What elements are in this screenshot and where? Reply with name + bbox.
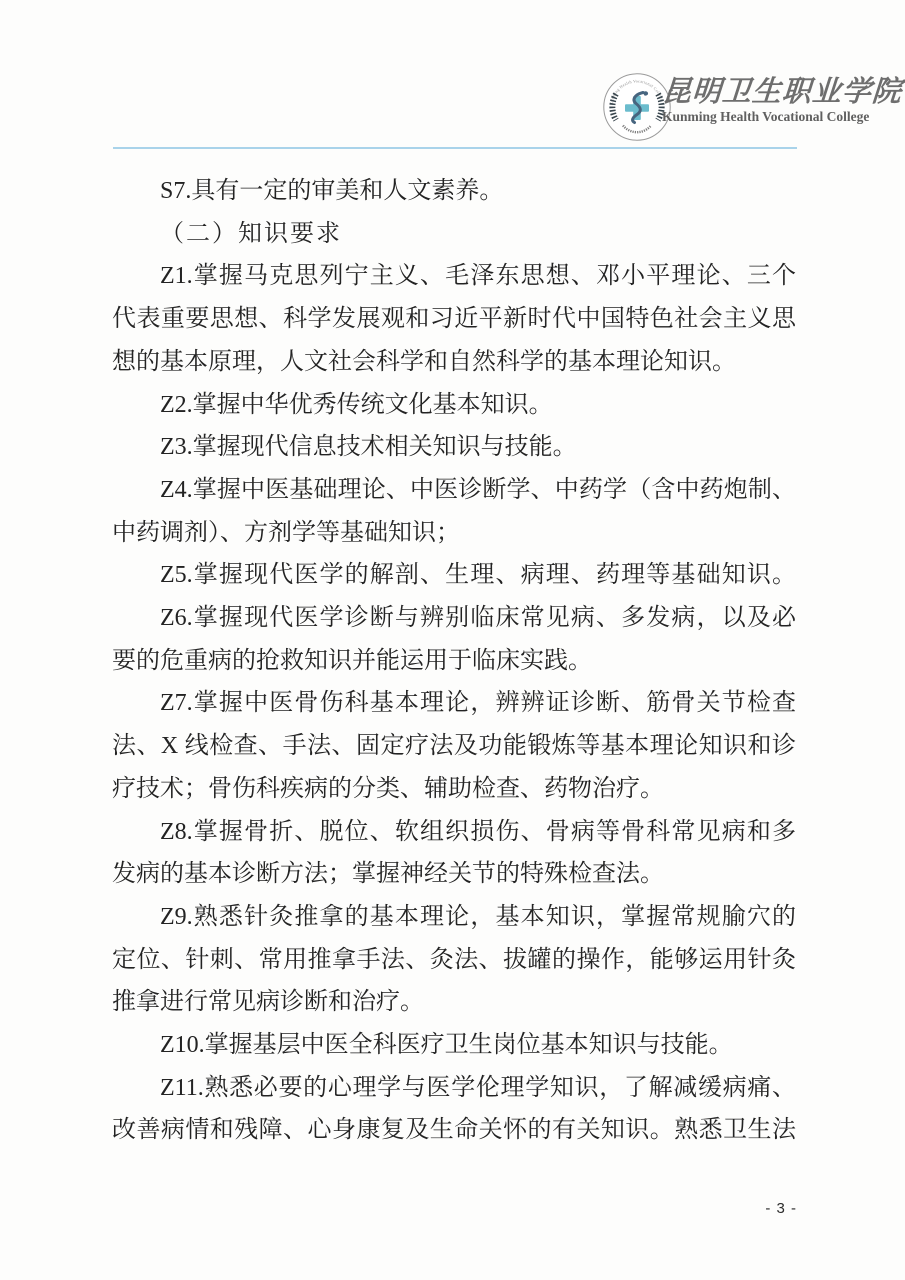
text-line: Z10.掌握基层中医全科医疗卫生岗位基本知识与技能。	[112, 1024, 796, 1067]
text-line: 推拿进行常见病诊断和治疗。	[112, 981, 796, 1024]
text-line: Z9.熟悉针灸推拿的基本理论，基本知识，掌握常规腧穴的	[112, 896, 796, 939]
text-line: 法、X 线检查、手法、固定疗法及功能锻炼等基本理论知识和诊	[112, 725, 796, 768]
text-line: S7.具有一定的审美和人文素养。	[112, 170, 796, 213]
text-line: 发病的基本诊断方法；掌握神经关节的特殊检查法。	[112, 853, 796, 896]
header-divider	[113, 147, 797, 149]
text-line: 中药调剂）、方剂学等基础知识；	[112, 512, 796, 555]
text-line: 定位、针刺、常用推拿手法、灸法、拔罐的操作，能够运用针灸	[112, 939, 796, 982]
text-line: Z2.掌握中华优秀传统文化基本知识。	[112, 384, 796, 427]
page-number: - 3 -	[697, 1200, 797, 1217]
text-line: Z3.掌握现代信息技术相关知识与技能。	[112, 426, 796, 469]
text-line: 代表重要思想、科学发展观和习近平新时代中国特色社会主义思	[112, 298, 796, 341]
text-line: Z1.掌握马克思列宁主义、毛泽东思想、邓小平理论、三个	[112, 255, 796, 298]
college-name-zh: 昆明卫生职业学院	[661, 76, 899, 108]
text-line: 要的危重病的抢救知识并能运用于临床实践。	[112, 640, 796, 683]
text-line: 疗技术；骨伤科疾病的分类、辅助检查、药物治疗。	[112, 768, 796, 811]
college-names: 昆明卫生职业学院 Kunming Health Vocational Colle…	[662, 76, 898, 125]
document-page: Kunming Health Vocational College 昆明卫生职业…	[0, 0, 905, 1280]
text-line: 想的基本原理，人文社会科学和自然科学的基本理论知识。	[112, 341, 796, 384]
text-line: Z11.熟悉必要的心理学与医学伦理学知识，了解减缓病痛、	[112, 1067, 796, 1110]
text-line: （二）知识要求	[112, 213, 796, 256]
text-line: Z8.掌握骨折、脱位、软组织损伤、骨病等骨科常见病和多	[112, 811, 796, 854]
text-line: 改善病情和残障、心身康复及生命关怀的有关知识。熟悉卫生法	[112, 1109, 796, 1152]
college-name-en: Kunming Health Vocational College	[662, 109, 898, 125]
text-line: Z6.掌握现代医学诊断与辨别临床常见病、多发病，以及必	[112, 597, 796, 640]
text-line: Z4.掌握中医基础理论、中医诊断学、中药学（含中药炮制、	[112, 469, 796, 512]
document-lines: S7.具有一定的审美和人文素养。（二）知识要求Z1.掌握马克思列宁主义、毛泽东思…	[112, 170, 796, 1152]
text-line: Z7.掌握中医骨伤科基本理论，辨辨证诊断、筋骨关节检查	[112, 682, 796, 725]
text-line: Z5.掌握现代医学的解剖、生理、病理、药理等基础知识。	[112, 554, 796, 597]
